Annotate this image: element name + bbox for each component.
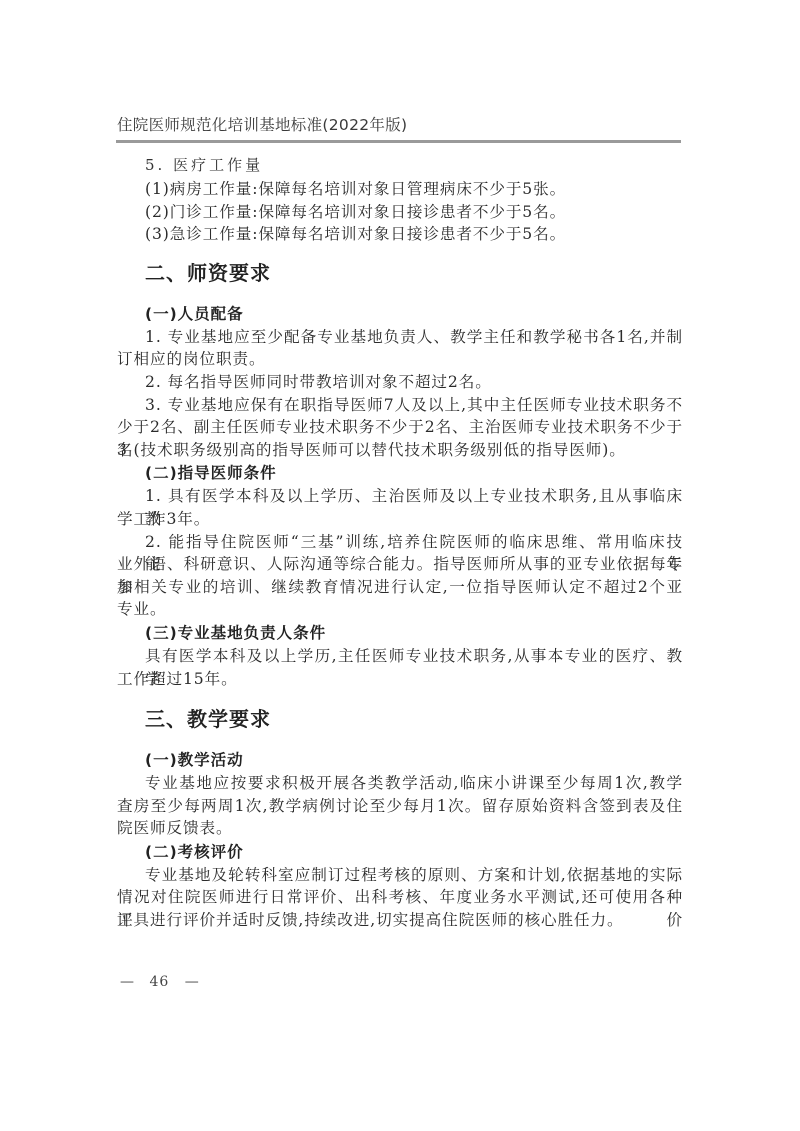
subheading-base-director-qualifications: (三)专业基地负责人条件 — [117, 621, 683, 645]
paragraph-line: 专业基地及轮转科室应制订过程考核的原则、方案和计划,依据基地的实际 — [117, 864, 683, 887]
paragraph-line: 加相关专业的培训、继续教育情况进行认定,一位指导医师认定不超过2个亚 — [117, 576, 683, 599]
item-title-medical-workload: 5. 医疗工作量 — [117, 152, 683, 178]
paragraph-line: 具有医学本科及以上学历,主任医师专业技术职务,从事本专业的医疗、教学 — [117, 645, 683, 668]
paragraph-line: 1. 专业基地应至少配备专业基地负责人、教学主任和教学秘书各1名,并制 — [117, 326, 683, 349]
subheading-assessment: (二)考核评价 — [117, 840, 683, 864]
paragraph-line: 学工作3年。 — [117, 508, 683, 531]
workload-outpatient: (2)门诊工作量:保障每名培训对象日接诊患者不少于5名。 — [117, 201, 683, 224]
paragraph-line: 查房至少每两周1次,教学病例讨论至少每月1次。留存原始资料含签到表及住 — [117, 795, 683, 818]
paragraph-line: 工作超过15年。 — [117, 668, 683, 691]
page-number-dash-left: — — [120, 974, 134, 990]
paragraph-line: 2. 每名指导医师同时带教培训对象不超过2名。 — [117, 371, 683, 394]
section-heading-faculty: 二、师资要求 — [117, 256, 683, 290]
paragraph-line: 工具进行评价并适时反馈,持续改进,切实提高住院医师的核心胜任力。 — [117, 909, 683, 932]
paragraph-line: 订相应的岗位职责。 — [117, 348, 683, 371]
paragraph-line: 1. 具有医学本科及以上学历、主治医师及以上专业技术职务,且从事临床教 — [117, 485, 683, 508]
paragraph-line: 业外语、科研意识、人际沟通等综合能力。指导医师所从事的亚专业依据每年参 — [117, 553, 683, 576]
page-number: — 46 — — [120, 974, 199, 990]
paragraph-line: 院医师反馈表。 — [117, 817, 683, 840]
workload-ward: (1)病房工作量:保障每名培训对象日管理病床不少于5张。 — [117, 178, 683, 201]
subheading-staffing: (一)人员配备 — [117, 302, 683, 326]
workload-emergency: (3)急诊工作量:保障每名培训对象日接诊患者不少于5名。 — [117, 223, 683, 246]
subheading-instructor-qualifications: (二)指导医师条件 — [117, 461, 683, 485]
page-number-value: 46 — [139, 974, 179, 990]
section-heading-teaching: 三、教学要求 — [117, 702, 683, 736]
paragraph-line: 少于2名、副主任医师专业技术职务不少于2名、主治医师专业技术职务不少于3 — [117, 416, 683, 439]
paragraph-line: 名(技术职务级别高的指导医师可以替代技术职务级别低的指导医师)。 — [117, 439, 683, 462]
header-rule — [116, 140, 681, 143]
document-page: 住院医师规范化培训基地标准(2022年版) 5. 医疗工作量 (1)病房工作量:… — [0, 0, 800, 1131]
paragraph-line: 情况对住院医师进行日常评价、出科考核、年度业务水平测试,还可使用各种评价 — [117, 886, 683, 909]
page-content: 5. 医疗工作量 (1)病房工作量:保障每名培训对象日管理病床不少于5张。 (2… — [117, 152, 683, 932]
running-header: 住院医师规范化培训基地标准(2022年版) — [117, 113, 407, 135]
paragraph-line: 2. 能指导住院医师“三基”训练,培养住院医师的临床思维、常用临床技能、专 — [117, 531, 683, 554]
subheading-teaching-activities: (一)教学活动 — [117, 748, 683, 772]
paragraph-line: 专业。 — [117, 598, 683, 621]
page-number-dash-right: — — [185, 974, 199, 990]
paragraph-line: 专业基地应按要求积极开展各类教学活动,临床小讲课至少每周1次,教学 — [117, 772, 683, 795]
paragraph-line: 3. 专业基地应保有在职指导医师7人及以上,其中主任医师专业技术职务不 — [117, 394, 683, 417]
